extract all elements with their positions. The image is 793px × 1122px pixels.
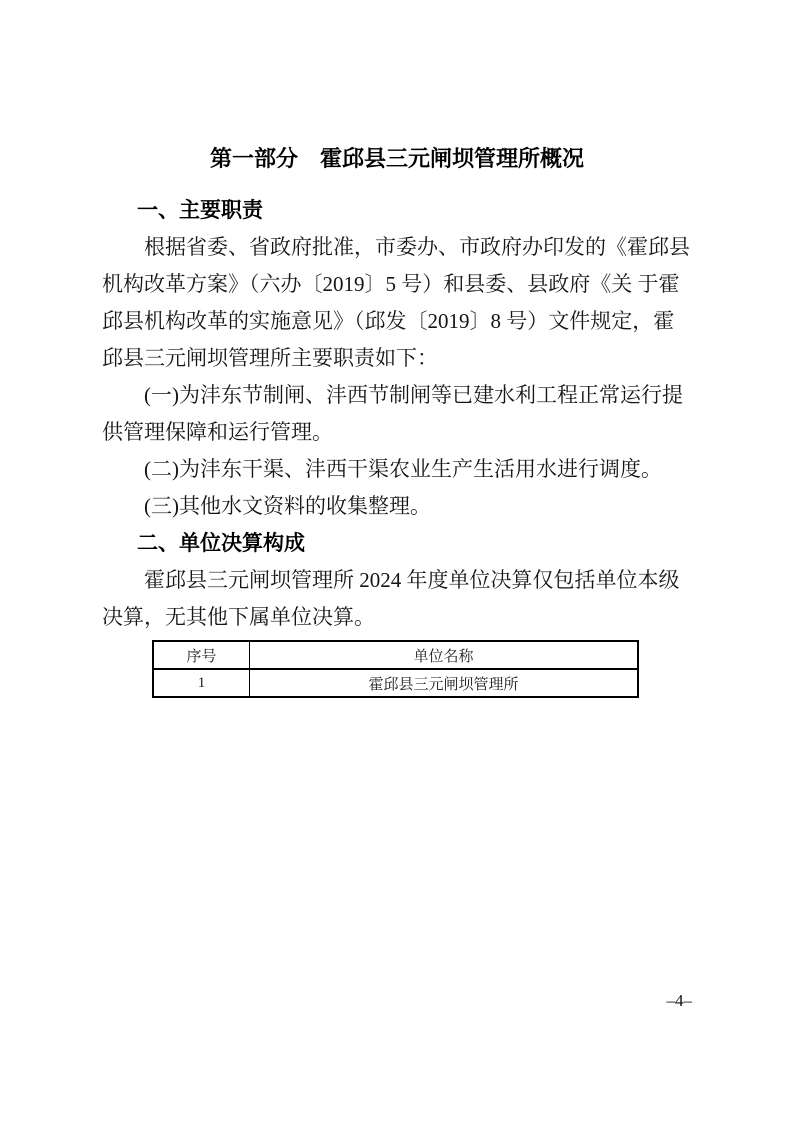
page-number: –4– (667, 991, 693, 1011)
document-page: 第一部分 霍邱县三元闸坝管理所概况 一、主要职责 根据省委、省政府批准，市委办、… (0, 0, 793, 1122)
table-cell-unit-name: 霍邱县三元闸坝管理所 (250, 669, 639, 697)
section-one-intro-paragraph: 根据省委、省政府批准，市委办、市政府办印发的《霍邱县 机构改革方案》（六办〔20… (102, 229, 692, 377)
duty-item-3: (三)其他水文资料的收集整理。 (102, 488, 692, 525)
table-header-unit-name: 单位名称 (250, 641, 639, 669)
section-one-heading: 一、主要职责 (102, 192, 692, 229)
table-header-row: 序号 单位名称 (153, 641, 638, 669)
section-two-heading: 二、单位决算构成 (102, 525, 692, 562)
table-header-serial-number: 序号 (153, 641, 250, 669)
table-row: 1 霍邱县三元闸坝管理所 (153, 669, 638, 697)
duty-item-1: (一)为沣东节制闸、沣西节制闸等已建水利工程正常运行提 供管理保障和运行管理。 (102, 377, 692, 451)
table-cell-serial-number: 1 (153, 669, 250, 697)
unit-composition-table: 序号 单位名称 1 霍邱县三元闸坝管理所 (152, 640, 639, 698)
duty-item-2: (二)为沣东干渠、沣西干渠农业生产生活用水进行调度。 (102, 451, 692, 488)
section-two-intro-paragraph: 霍邱县三元闸坝管理所 2024 年度单位决算仅包括单位本级 决算，无其他下属单位… (102, 562, 692, 636)
document-title: 第一部分 霍邱县三元闸坝管理所概况 (102, 142, 692, 176)
document-content: 第一部分 霍邱县三元闸坝管理所概况 一、主要职责 根据省委、省政府批准，市委办、… (102, 142, 692, 698)
